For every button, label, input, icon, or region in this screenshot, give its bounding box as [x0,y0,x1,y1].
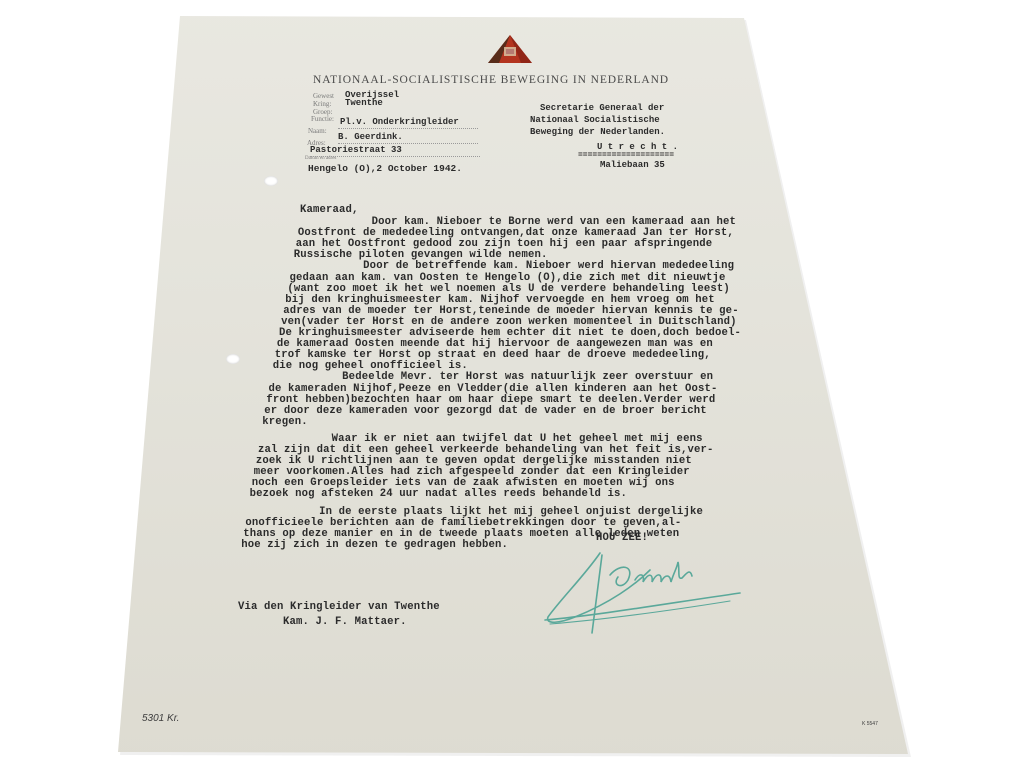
recipient-line-2: Nationaal Socialistische [530,115,660,125]
field-rule [310,156,480,157]
recipient-underline: ==================== [578,151,674,160]
adres-value: Pastoriestraat 33 [310,145,402,155]
salutation: Kameraad, [300,204,359,216]
kring-label: Kring: [313,100,331,108]
functie-label: Functie: [311,115,334,123]
via-line-1: Via den Kringleider van Twenthe [238,601,440,613]
print-code: K 5547 [862,721,878,727]
recipient-street: Maliebaan 35 [600,160,665,170]
field-rule [338,128,478,129]
naam-value: B. Geerdink. [338,132,403,142]
body-line: kregen. [262,416,308,428]
place-date: Hengelo (O),2 October 1942. [308,163,462,174]
body-line: er door deze kameraden voor gezorgd dat … [264,405,707,417]
letter-paper: NATIONAAL-SOCIALISTISCHE BEWEGING IN NED… [0,0,1024,768]
kring-value: Twenthe [345,98,383,108]
via-line-2: Kam. J. F. Mattaer. [283,616,407,628]
nsb-emblem-icon [487,34,533,64]
handwritten-signature [540,545,770,635]
field-rule [338,143,478,144]
body-line: hoe zij zich in dezen te gedragen hebben… [241,539,508,551]
letterhead-title: NATIONAAL-SOCIALISTISCHE BEWEGING IN NED… [313,74,669,86]
functie-value: Pl.v. Onderkringleider [340,117,459,127]
punch-hole [226,354,240,364]
recipient-line-3: Beweging der Nederlanden. [530,127,665,137]
closing: HOU ZEE! [596,532,648,544]
body-line: bezoek nog afsteken 24 uur nadat alles r… [250,488,627,500]
pencil-note: 5301 Kr. [142,713,179,724]
naam-label: Naam: [308,127,327,135]
gewest-label: Gewest [313,92,334,100]
recipient-line-1: Secretarie Generaal der [540,103,664,113]
punch-hole [264,176,278,186]
